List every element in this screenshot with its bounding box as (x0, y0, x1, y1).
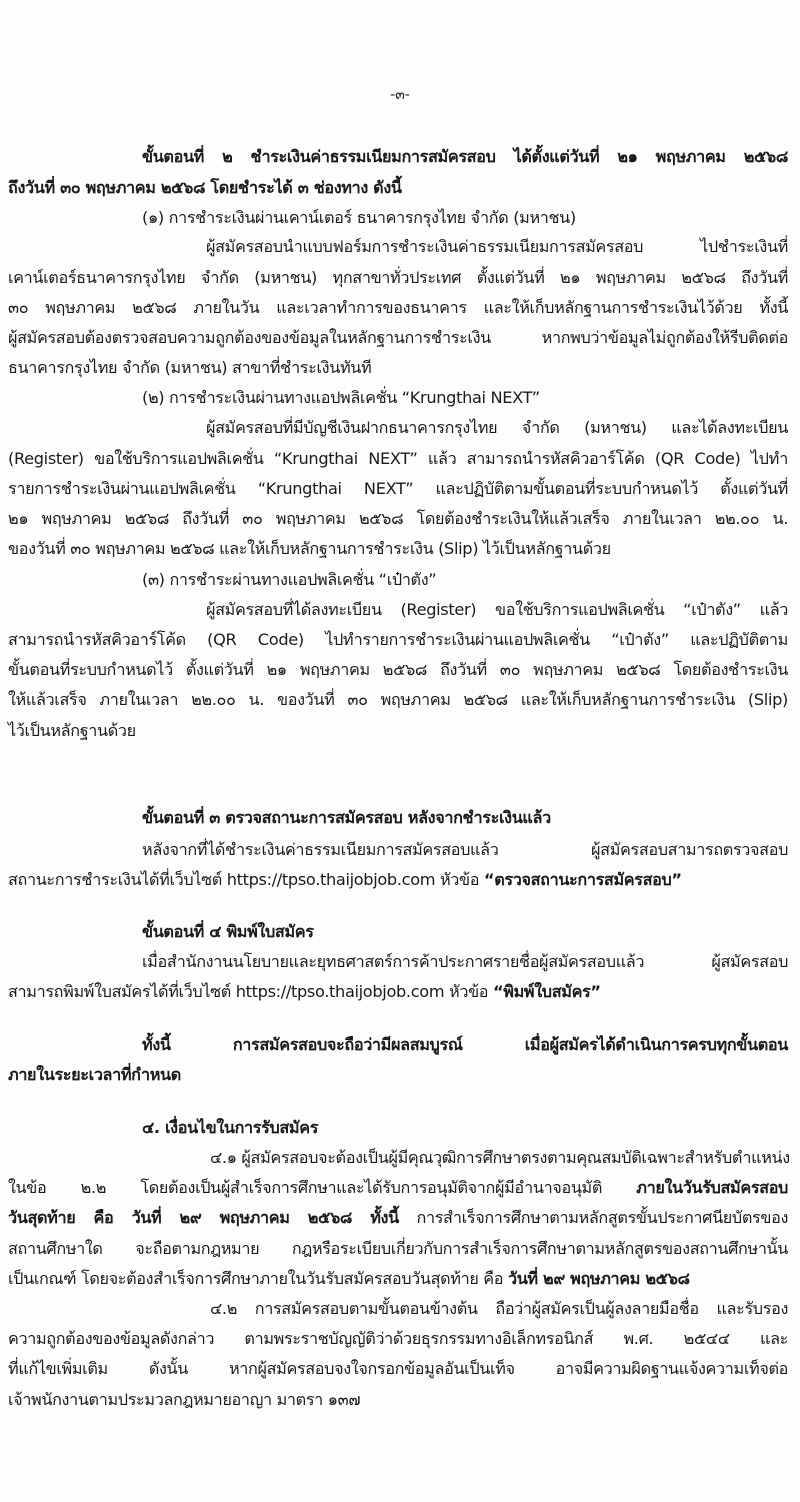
step3-heading: ขั้นตอนที่ ๓ ตรวจสถานะการสมัครสอบ หลังจา… (142, 807, 788, 829)
item41-line-5-text: เป็นเกณฑ์ โดยจะต้องสำเร็จการศึกษาภายในวั… (8, 1269, 508, 1288)
step3-line-1: หลังจากที่ได้ชำระเงินค่าธรรมเนียมการสมัค… (142, 839, 788, 861)
item42-line: ที่แก้ไขเพิ่มเติม ดังนั้น หากผู้สมัครสอบ… (8, 1358, 788, 1380)
channel1-line: ผู้สมัครสอบต้องตรวจสอบความถูกต้องของข้อม… (8, 327, 788, 349)
section4-title: ๔. เงื่อนไขในการรับสมัคร (142, 1117, 788, 1139)
channel1-line: เคาน์เตอร์ธนาคารกรุงไทย จำกัด (มหาชน) ทุ… (8, 267, 788, 289)
item41-line-3-bold: วันสุดท้าย คือ วันที่ ๒๙ พฤษภาคม ๒๕๖๘ ทั… (8, 1208, 399, 1227)
channel3-line: สามารถนำรหัสคิวอาร์โค้ด (QR Code) ไปทำรา… (8, 629, 788, 651)
step4-heading: ขั้นตอนที่ ๔ พิมพ์ใบสมัคร (142, 921, 788, 943)
step4-line-1: เมื่อสำนักงานนโยบายและยุทธศาสตร์การค้าปร… (142, 951, 788, 973)
item41-line-5-bold: วันที่ ๒๙ พฤษภาคม ๒๕๖๘ (508, 1269, 690, 1288)
step3-menu-label: “ตรวจสถานะการสมัครสอบ” (484, 870, 682, 889)
page-number: -๓- (0, 84, 800, 106)
channel3-line: ไว้เป็นหลักฐานด้วย (8, 720, 788, 742)
channel1-line: ๓๐ พฤษภาคม ๒๕๖๘ ภายในวัน และเวลาทำการของ… (8, 297, 788, 319)
channel1-line: ผู้สมัครสอบนำแบบฟอร์มการชำระเงินค่าธรรมเ… (206, 236, 788, 258)
step4-menu-label: “พิมพ์ใบสมัคร” (493, 982, 601, 1001)
step2-heading-line-2: ถึงวันที่ ๓๐ พฤษภาคม ๒๕๖๘ โดยชำระได้ ๓ ช… (8, 177, 788, 199)
step3-line-2-text: สถานะการชำระเงินได้ที่เว็บไซต์ https://t… (8, 870, 484, 889)
item42-line: ๔.๒ การสมัครสอบตามขั้นตอนข้างต้น ถือว่าผ… (210, 1298, 788, 1320)
item41-line-5: เป็นเกณฑ์ โดยจะต้องสำเร็จการศึกษาภายในวั… (8, 1268, 788, 1290)
item41-line-2-text: ในข้อ ๒.๒ โดยต้องเป็นผู้สำเร็จการศึกษาแล… (8, 1178, 636, 1197)
channel1-title: (๑) การชำระเงินผ่านเคาน์เตอร์ ธนาคารกรุง… (142, 207, 788, 229)
item42-line: ความถูกต้องของข้อมูลดังกล่าว ตามพระราชบั… (8, 1328, 788, 1350)
step4-line-2: สามารถพิมพ์ใบสมัครได้ที่เว็บไซต์ https:/… (8, 981, 788, 1003)
channel2-line: (Register) ขอใช้บริการแอปพลิเคชั่น “Krun… (8, 448, 788, 470)
channel3-title: (๓) การชำระผ่านทางแอปพลิเคชั่น “เป๋าตัง” (142, 569, 788, 591)
document-page: -๓- ขั้นตอนที่ ๒ ชำระเงินค่าธรรมเนียมการ… (0, 0, 800, 1502)
note-line-2: ภายในระยะเวลาที่กำหนด (8, 1064, 788, 1086)
channel2-line: ของวันที่ ๓๐ พฤษภาคม ๒๕๖๘ และให้เก็บหลัก… (8, 538, 788, 560)
item42-line: เจ้าพนักงานตามประมวลกฎหมายอาญา มาตรา ๑๓๗ (8, 1389, 788, 1411)
channel2-line: รายการชำระเงินผ่านแอปพลิเคชั่น “Krungtha… (8, 478, 788, 500)
step3-line-2: สถานะการชำระเงินได้ที่เว็บไซต์ https://t… (8, 869, 788, 891)
channel3-line: ผู้สมัครสอบที่ได้ลงทะเบียน (Register) ขอ… (206, 599, 788, 621)
item41-line-2: ในข้อ ๒.๒ โดยต้องเป็นผู้สำเร็จการศึกษาแล… (8, 1177, 788, 1199)
channel2-line: ผู้สมัครสอบที่มีบัญชีเงินฝากธนาคารกรุงไท… (206, 417, 788, 439)
step2-heading-line-1: ขั้นตอนที่ ๒ ชำระเงินค่าธรรมเนียมการสมัค… (142, 146, 788, 168)
item41-line-3: วันสุดท้าย คือ วันที่ ๒๙ พฤษภาคม ๒๕๖๘ ทั… (8, 1207, 788, 1229)
channel2-title: (๒) การชำระเงินผ่านทางแอปพลิเคชั่น “Krun… (142, 387, 788, 409)
channel1-line: ธนาคารกรุงไทย จำกัด (มหาชน) สาขาที่ชำระเ… (8, 357, 788, 379)
note-line-1: ทั้งนี้ การสมัครสอบจะถือว่ามีผลสมบูรณ์ เ… (142, 1034, 788, 1056)
channel3-line: ขั้นตอนที่ระบบกำหนดไว้ ตั้งแต่วันที่ ๒๑ … (8, 659, 788, 681)
item41-line-3-text: การสำเร็จการศึกษาตามหลักสูตรขั้นประกาศนี… (399, 1208, 788, 1227)
item41-line-1: ๔.๑ ผู้สมัครสอบจะต้องเป็นผู้มีคุณวุฒิการ… (210, 1147, 788, 1169)
channel3-line: ให้แล้วเสร็จ ภายในเวลา ๒๒.๐๐ น. ของวันที… (8, 689, 788, 711)
step4-line-2-text: สามารถพิมพ์ใบสมัครได้ที่เว็บไซต์ https:/… (8, 982, 493, 1001)
item41-line-2-bold: ภายในวันรับสมัครสอบ (636, 1178, 788, 1197)
item41-line-4: สถานศึกษาใด จะถือตามกฎหมาย กฎหรือระเบียบ… (8, 1238, 788, 1260)
channel2-line: ๒๑ พฤษภาคม ๒๕๖๘ ถึงวันที่ ๓๐ พฤษภาคม ๒๕๖… (8, 508, 788, 530)
